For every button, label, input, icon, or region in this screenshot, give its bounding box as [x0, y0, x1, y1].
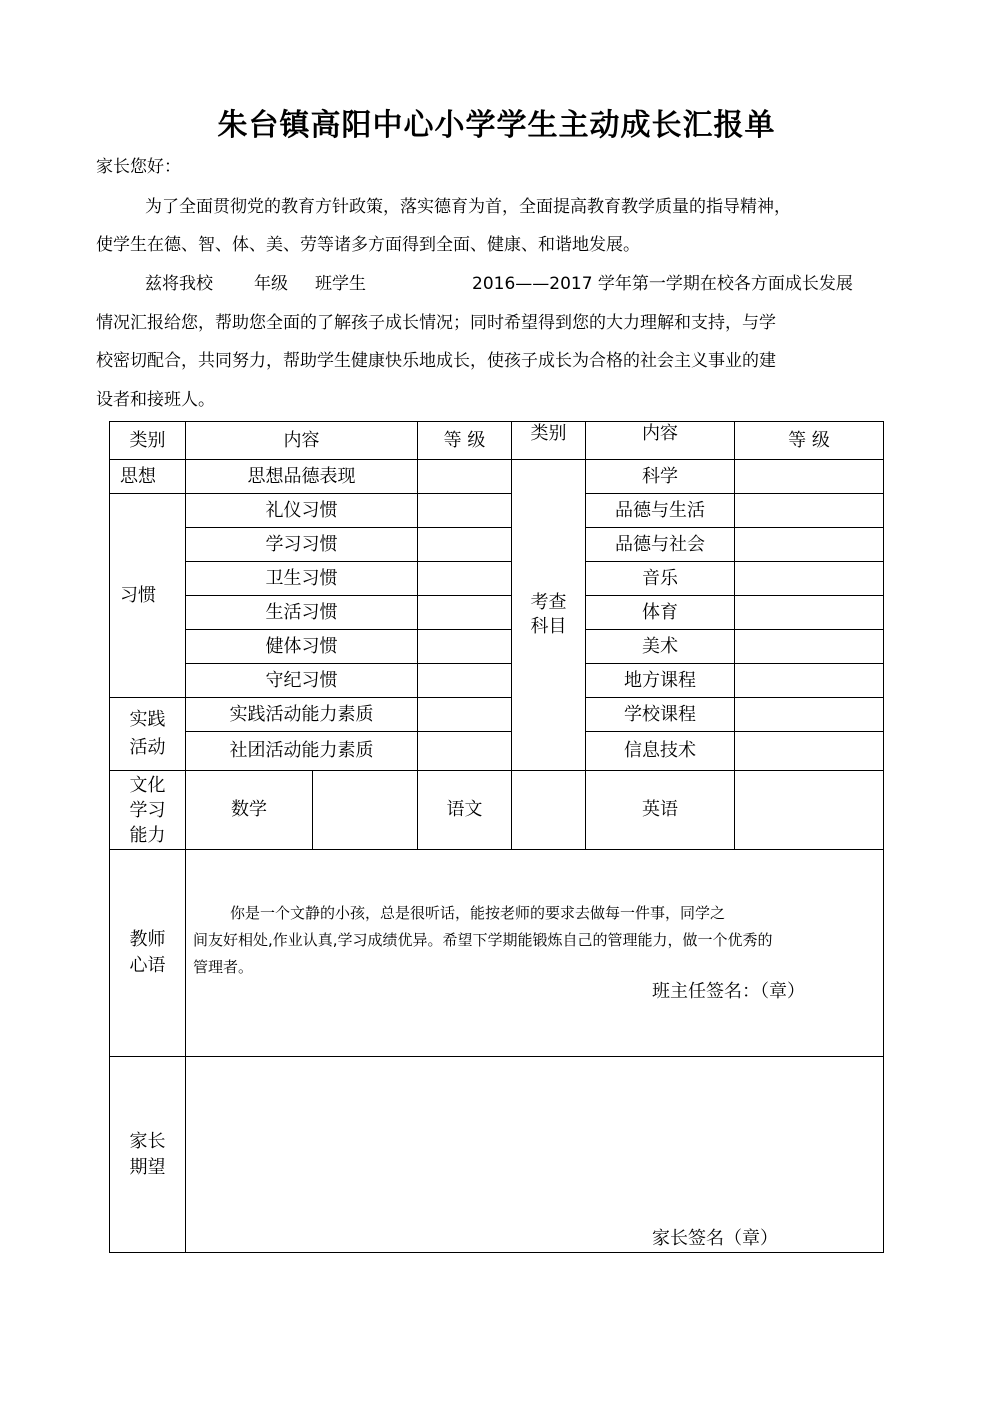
grade-practice[interactable] — [418, 732, 511, 770]
category-parent-line: 期望 — [130, 1156, 166, 1180]
item-thought-morality: 思想品德表现 — [186, 460, 417, 493]
teacher-comment-line-3: 管理者。 — [193, 954, 253, 981]
category-parent-line: 家长 — [130, 1130, 166, 1154]
grade-habit[interactable] — [418, 494, 511, 527]
subject: 科学 — [586, 460, 734, 493]
row-line — [109, 849, 884, 850]
grade-habit[interactable] — [418, 596, 511, 629]
header-category-2: 类别 — [512, 418, 585, 450]
item-practice: 社团活动能力素质 — [186, 732, 417, 770]
teacher-signature: 班主任签名：（章） — [652, 980, 805, 1004]
grade-habit[interactable] — [418, 528, 511, 561]
grade-subject[interactable] — [735, 698, 883, 731]
subject: 学校课程 — [586, 698, 734, 731]
category-parent-expectation: 家长 期望 — [110, 1057, 185, 1252]
category-culture-line: 能力 — [130, 823, 166, 848]
category-thought: 思想 — [110, 460, 166, 493]
culture-math-grade[interactable] — [313, 771, 417, 849]
grade-subject[interactable] — [735, 494, 883, 527]
item-habit: 礼仪习惯 — [186, 494, 417, 527]
grade-subject[interactable] — [735, 562, 883, 595]
greeting: 家长您好： — [96, 157, 181, 177]
culture-english-label: 英语 — [586, 771, 734, 849]
intro-line-2: 使学生在德、智、体、美、劳等诸多方面得到全面、健康、和谐地发展。 — [96, 235, 640, 255]
grade-subject[interactable] — [735, 596, 883, 629]
intro-line-6: 设者和接班人。 — [96, 390, 215, 410]
item-habit: 卫生习惯 — [186, 562, 417, 595]
culture-math-label: 数学 — [186, 771, 312, 849]
grade-thought-morality[interactable] — [418, 460, 511, 493]
category-exam-line: 科目 — [531, 615, 567, 639]
category-teacher-comment: 教师 心语 — [110, 850, 185, 1056]
category-practice: 实践 活动 — [110, 698, 185, 770]
header-grade-2: 等 级 — [735, 422, 883, 459]
parent-signature: 家长签名（章） — [652, 1227, 778, 1251]
intro-line-3b: 年级 — [254, 274, 288, 294]
category-exam-line: 考查 — [531, 591, 567, 615]
grade-subject[interactable] — [735, 664, 883, 697]
subject: 美术 — [586, 630, 734, 663]
category-habit: 习惯 — [110, 494, 166, 697]
grade-subject[interactable] — [735, 460, 883, 493]
category-practice-line: 活动 — [130, 736, 166, 760]
page-title: 朱台镇高阳中心小学学生主动成长汇报单 — [0, 100, 993, 144]
intro-line-3c: 班学生 — [315, 274, 366, 294]
grade-subject[interactable] — [735, 630, 883, 663]
item-practice: 实践活动能力素质 — [186, 698, 417, 731]
subject: 体育 — [586, 596, 734, 629]
subject: 品德与生活 — [586, 494, 734, 527]
category-teacher-line: 心语 — [130, 954, 166, 978]
header-category: 类别 — [110, 422, 185, 459]
teacher-comment-line-2: 间友好相处,作业认真,学习成绩优异。希望下学期能锻炼自己的管理能力，做一个优秀的 — [193, 927, 773, 954]
grade-habit[interactable] — [418, 562, 511, 595]
grade-habit[interactable] — [418, 630, 511, 663]
grade-habit[interactable] — [418, 664, 511, 697]
header-content-2: 内容 — [586, 418, 734, 450]
header-grade: 等 级 — [418, 422, 511, 459]
category-culture-line: 学习 — [130, 798, 166, 823]
subject: 信息技术 — [586, 732, 734, 770]
culture-chinese-grade[interactable] — [512, 771, 585, 849]
category-teacher-line: 教师 — [130, 928, 166, 952]
subject: 地方课程 — [586, 664, 734, 697]
grade-subject[interactable] — [735, 732, 883, 770]
table-border-bottom — [109, 1252, 884, 1253]
grade-practice[interactable] — [418, 698, 511, 731]
intro-line-3a: 兹将我校 — [145, 274, 213, 294]
intro-line-1: 为了全面贯彻党的教育方针政策，落实德育为首，全面提高教育教学质量的指导精神， — [145, 197, 791, 217]
item-habit: 学习习惯 — [186, 528, 417, 561]
culture-chinese-label: 语文 — [418, 771, 511, 849]
parent-expectation-field[interactable] — [186, 1057, 883, 1217]
table-border-right — [883, 421, 884, 1253]
grade-subject[interactable] — [735, 528, 883, 561]
intro-line-5: 校密切配合，共同努力，帮助学生健康快乐地成长，使孩子成长为合格的社会主义事业的建 — [96, 351, 776, 371]
category-exam-subjects: 考查 科目 — [512, 460, 585, 770]
category-practice-line: 实践 — [130, 708, 166, 732]
teacher-comment-line-1: 你是一个文静的小孩，总是很听话，能按老师的要求去做每一件事，同学之 — [230, 900, 725, 927]
subject: 音乐 — [586, 562, 734, 595]
item-habit: 生活习惯 — [186, 596, 417, 629]
category-culture-line: 文化 — [130, 773, 166, 798]
category-culture: 文化 学习 能力 — [110, 771, 185, 849]
subject: 品德与社会 — [586, 528, 734, 561]
intro-line-4: 情况汇报给您，帮助您全面的了解孩子成长情况；同时希望得到您的大力理解和支持，与学 — [96, 313, 776, 333]
item-habit: 守纪习惯 — [186, 664, 417, 697]
culture-english-grade[interactable] — [735, 771, 883, 849]
header-content: 内容 — [186, 422, 417, 459]
intro-line-3d: 2016——2017 学年第一学期在校各方面成长发展 — [472, 274, 853, 294]
item-habit: 健体习惯 — [186, 630, 417, 663]
